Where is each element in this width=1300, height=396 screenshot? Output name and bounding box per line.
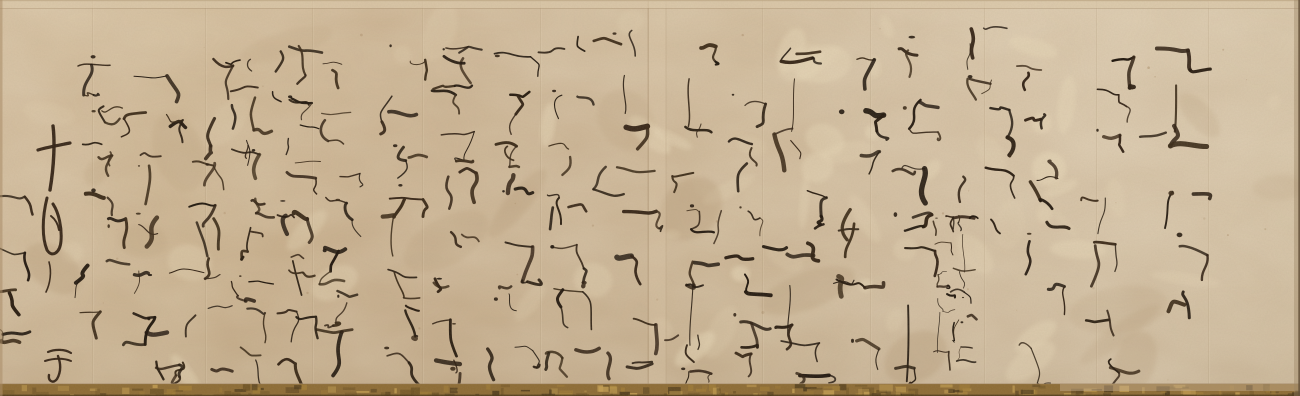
manuscript-art bbox=[0, 0, 1300, 396]
paper-grain bbox=[0, 0, 1300, 396]
manuscript-scroll bbox=[0, 0, 1300, 396]
